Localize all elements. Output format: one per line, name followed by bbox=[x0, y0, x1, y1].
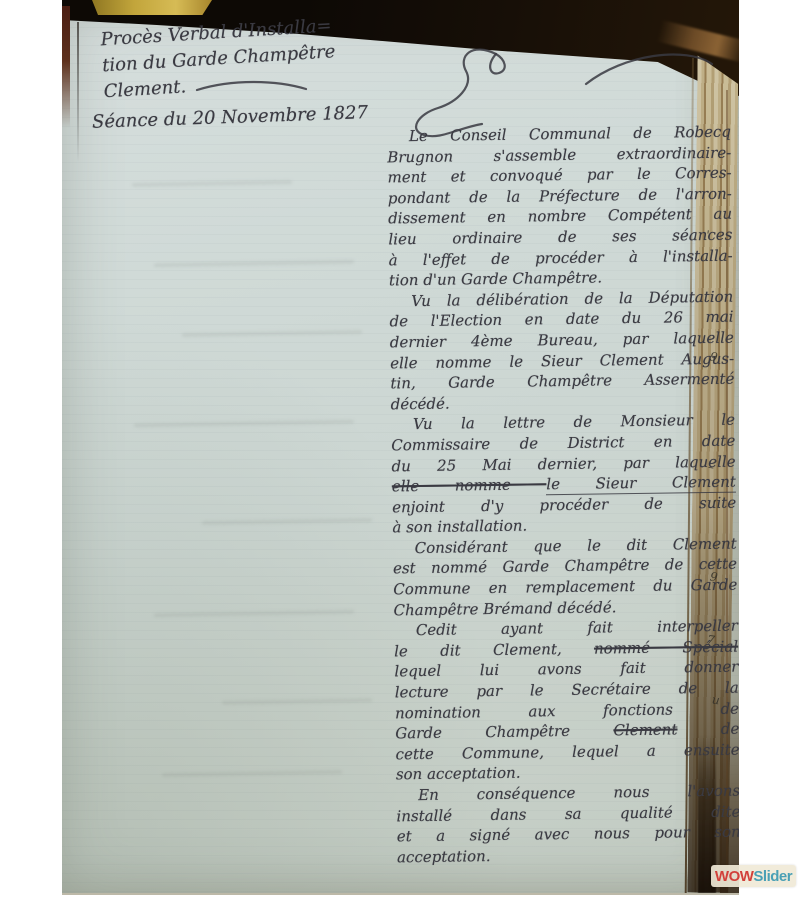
wowslider-watermark[interactable]: WOWSlider bbox=[711, 865, 796, 887]
manuscript-body-column: Le Conseil Communal de RobecqBrugnon s'a… bbox=[387, 122, 739, 868]
page-crease-line bbox=[77, 22, 79, 162]
date-swash-flourish bbox=[582, 44, 717, 90]
ink-mark: 7 bbox=[706, 633, 716, 648]
book-cover-edge bbox=[92, 0, 212, 15]
ink-mark: 9 bbox=[709, 570, 719, 585]
ink-mark: 9 bbox=[709, 350, 719, 365]
header-tail-flourish bbox=[194, 76, 312, 96]
manuscript-photo-slide[interactable]: Procès Verbal d'Installa= tion du Garde … bbox=[62, 0, 739, 895]
watermark-brand-right: Slider bbox=[753, 868, 792, 885]
book-spine-sliver bbox=[62, 6, 70, 128]
watermark-brand-left: WOW bbox=[715, 868, 753, 885]
